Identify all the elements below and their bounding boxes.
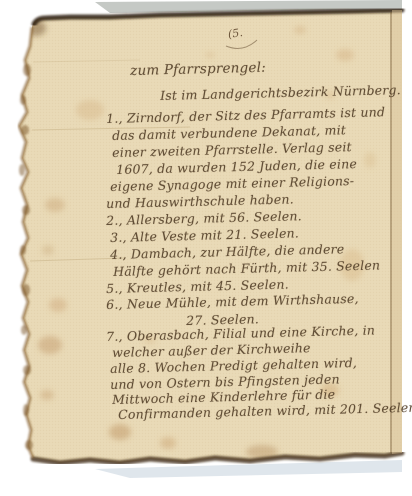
scanned-manuscript-page: (5. zum Pfarrsprengel: Ist im Landgerich… — [0, 0, 412, 496]
text-line: 7., Oberasbach, Filial und eine Kirche, … — [106, 322, 375, 344]
page-number: (5. — [227, 26, 243, 41]
heading-line: zum Pfarrsprengel: — [130, 61, 266, 79]
handwriting-layer: (5. zum Pfarrsprengel: Ist im Landgerich… — [0, 0, 412, 496]
text-line: Ist im Landgerichtsbezirk Nürnberg. — [160, 82, 401, 103]
text-line: und Hauswirthschule haben. — [106, 191, 294, 211]
